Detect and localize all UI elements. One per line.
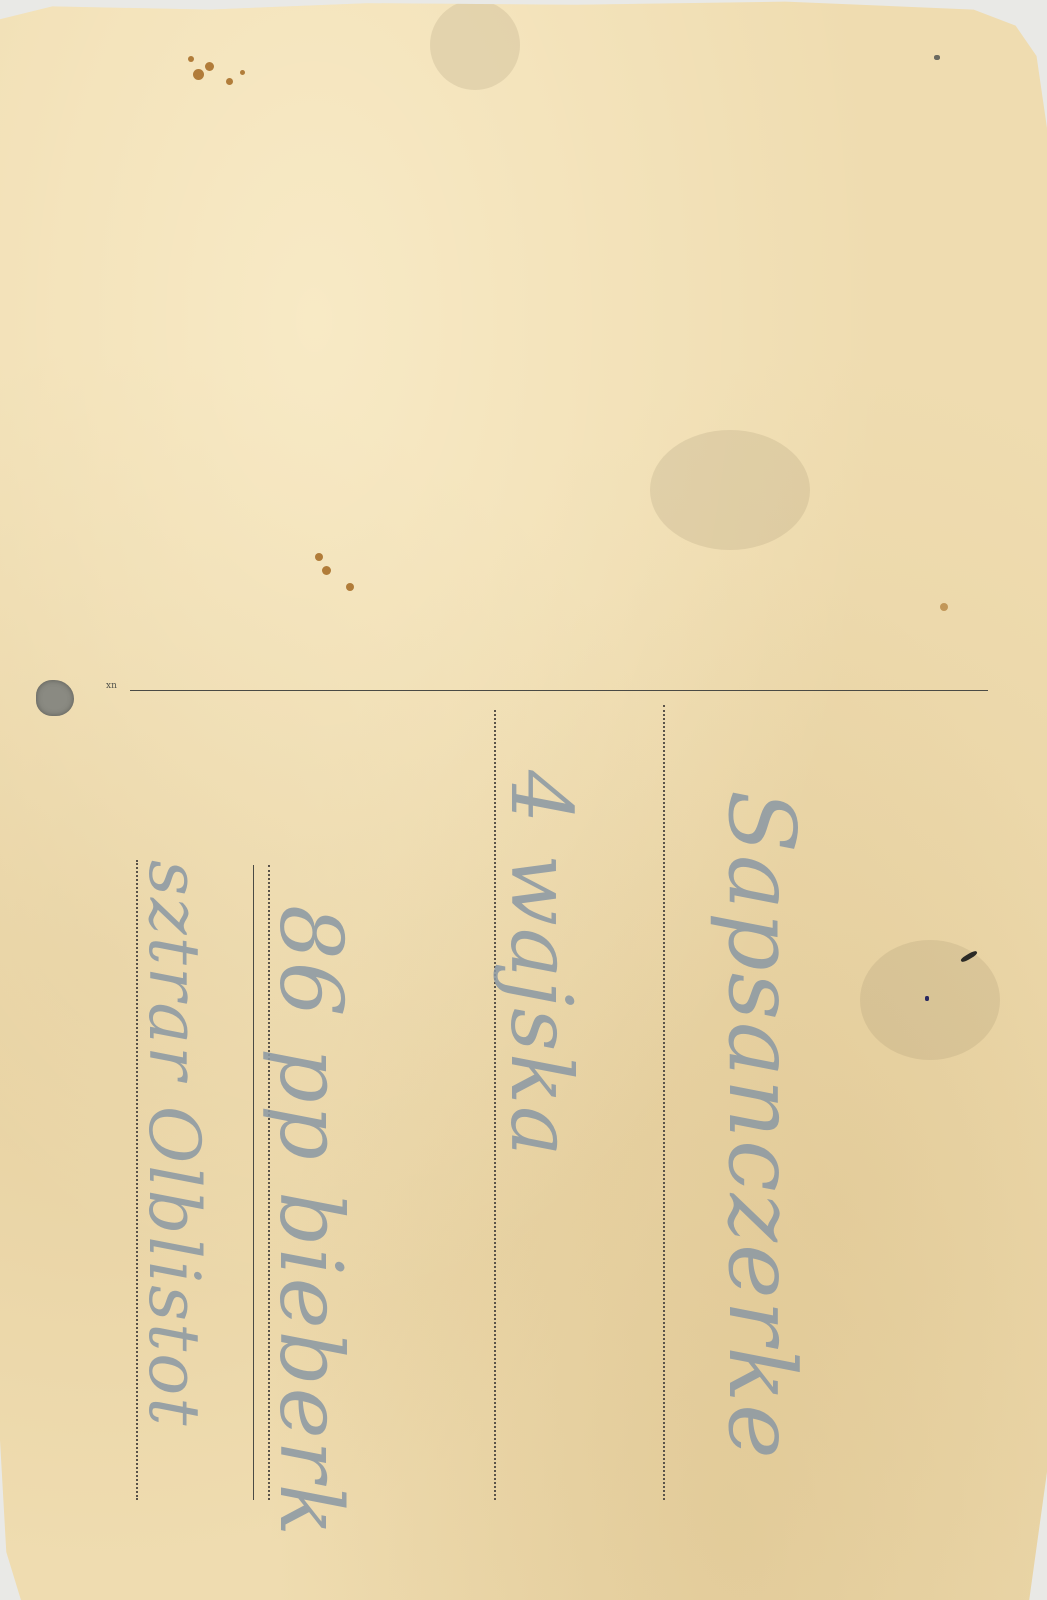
printer-mark: xn <box>106 681 117 691</box>
handwriting-line-3: 86 pp bieberk <box>260 905 360 1538</box>
rust-spot <box>940 603 948 611</box>
rust-spot <box>226 78 233 85</box>
ink-speck <box>934 55 940 60</box>
water-stain <box>650 430 810 550</box>
rust-spot <box>193 69 204 80</box>
ink-speck <box>925 996 929 1001</box>
blot-mark <box>36 680 74 716</box>
rust-spot <box>346 583 354 591</box>
address-underline <box>253 865 254 1500</box>
horizontal-divider <box>130 690 988 691</box>
handwriting-line-2: 4 wajska <box>492 770 590 1158</box>
rust-spot <box>240 70 245 75</box>
address-rule-1 <box>663 705 665 1500</box>
rust-spot <box>205 62 214 71</box>
water-stain <box>430 0 520 90</box>
handwriting-line-1: Sapsanczerke <box>708 790 815 1461</box>
handwriting-line-4: sztrar Olblistot <box>133 860 215 1428</box>
water-stain <box>860 940 1000 1060</box>
postcard-back: xn Sapsanczerke 4 wajska 86 pp bieberk s… <box>0 0 1047 1600</box>
rust-spot <box>315 553 323 561</box>
rust-spot <box>322 566 331 575</box>
rust-spot <box>188 56 194 62</box>
